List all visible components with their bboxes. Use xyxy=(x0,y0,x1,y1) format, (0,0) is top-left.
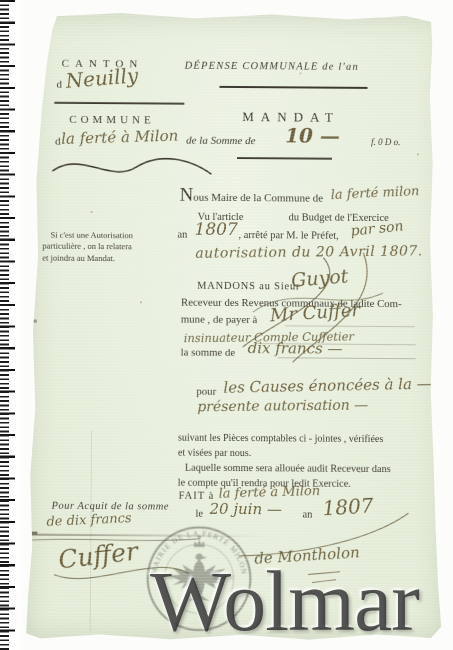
pour-label: pour xyxy=(196,386,216,398)
canton-rule xyxy=(54,102,184,104)
paper-speck xyxy=(91,211,93,213)
canton-prefix: d xyxy=(56,79,62,91)
acquit-handwritten-value: de dix francs xyxy=(46,511,132,530)
an-label: an xyxy=(177,230,187,241)
depense-title: DÉPENSE COMMUNALE de l'an xyxy=(185,61,359,73)
ruler-scale xyxy=(0,0,20,650)
suivant-line1: suivant les Pièces comptables ci - joint… xyxy=(178,433,383,445)
commune-handwritten-value: la ferté à Milon xyxy=(61,127,179,148)
maire-handwritten-value: la ferté milon xyxy=(330,184,419,203)
photo-stage: CANTON d Neuilly COMMUNE d la ferté à Mi… xyxy=(0,0,453,650)
ink-flourish-strokes xyxy=(232,252,408,378)
collection-watermark: Wolmar xyxy=(150,558,419,644)
somme-units: f. 0 D o. xyxy=(371,137,400,147)
paper-speck xyxy=(300,72,302,74)
commune-prefix: d xyxy=(55,136,61,148)
pour-handwritten-line1: les Causes énoncées à la — xyxy=(223,375,432,397)
somme-rule xyxy=(237,157,332,159)
paper-speck xyxy=(140,301,142,303)
edge-nick xyxy=(27,320,37,323)
depense-rule xyxy=(219,86,367,89)
pour-handwritten-line2: présente autorisation — xyxy=(197,397,368,415)
prefet-line: , arrêté par M. le Préfet, xyxy=(238,230,338,242)
crown-icon xyxy=(194,540,205,548)
somme-label: de la Somme de xyxy=(186,135,255,147)
fold-crease xyxy=(90,431,92,631)
somme-line-label: la somme de xyxy=(181,347,236,359)
canton-handwritten-value: Neuilly xyxy=(65,63,139,93)
commune-label: COMMUNE xyxy=(69,114,155,127)
le-label: le xyxy=(195,509,203,520)
laquelle-line1: Laquelle somme sera allouée audit Receve… xyxy=(185,463,391,475)
an-handwritten-value: 1807 xyxy=(194,220,237,240)
paper-speck xyxy=(417,153,419,155)
maire-line: Nous Maire de la Commune de xyxy=(180,189,323,205)
flourish-under-commune xyxy=(51,157,216,184)
acquit-label: Pour Acquit de la somme xyxy=(52,501,170,513)
somme-handwritten-value: 10 — xyxy=(285,123,340,147)
paper-speck xyxy=(359,471,361,473)
margin-note: Si c'est une Autorisation particulière ,… xyxy=(42,230,194,265)
fait-handwritten-value: la ferté à Milon xyxy=(218,484,320,502)
suivant-line2: et visées par nous. xyxy=(178,448,251,460)
document-paper: CANTON d Neuilly COMMUNE d la ferté à Mi… xyxy=(24,12,448,643)
